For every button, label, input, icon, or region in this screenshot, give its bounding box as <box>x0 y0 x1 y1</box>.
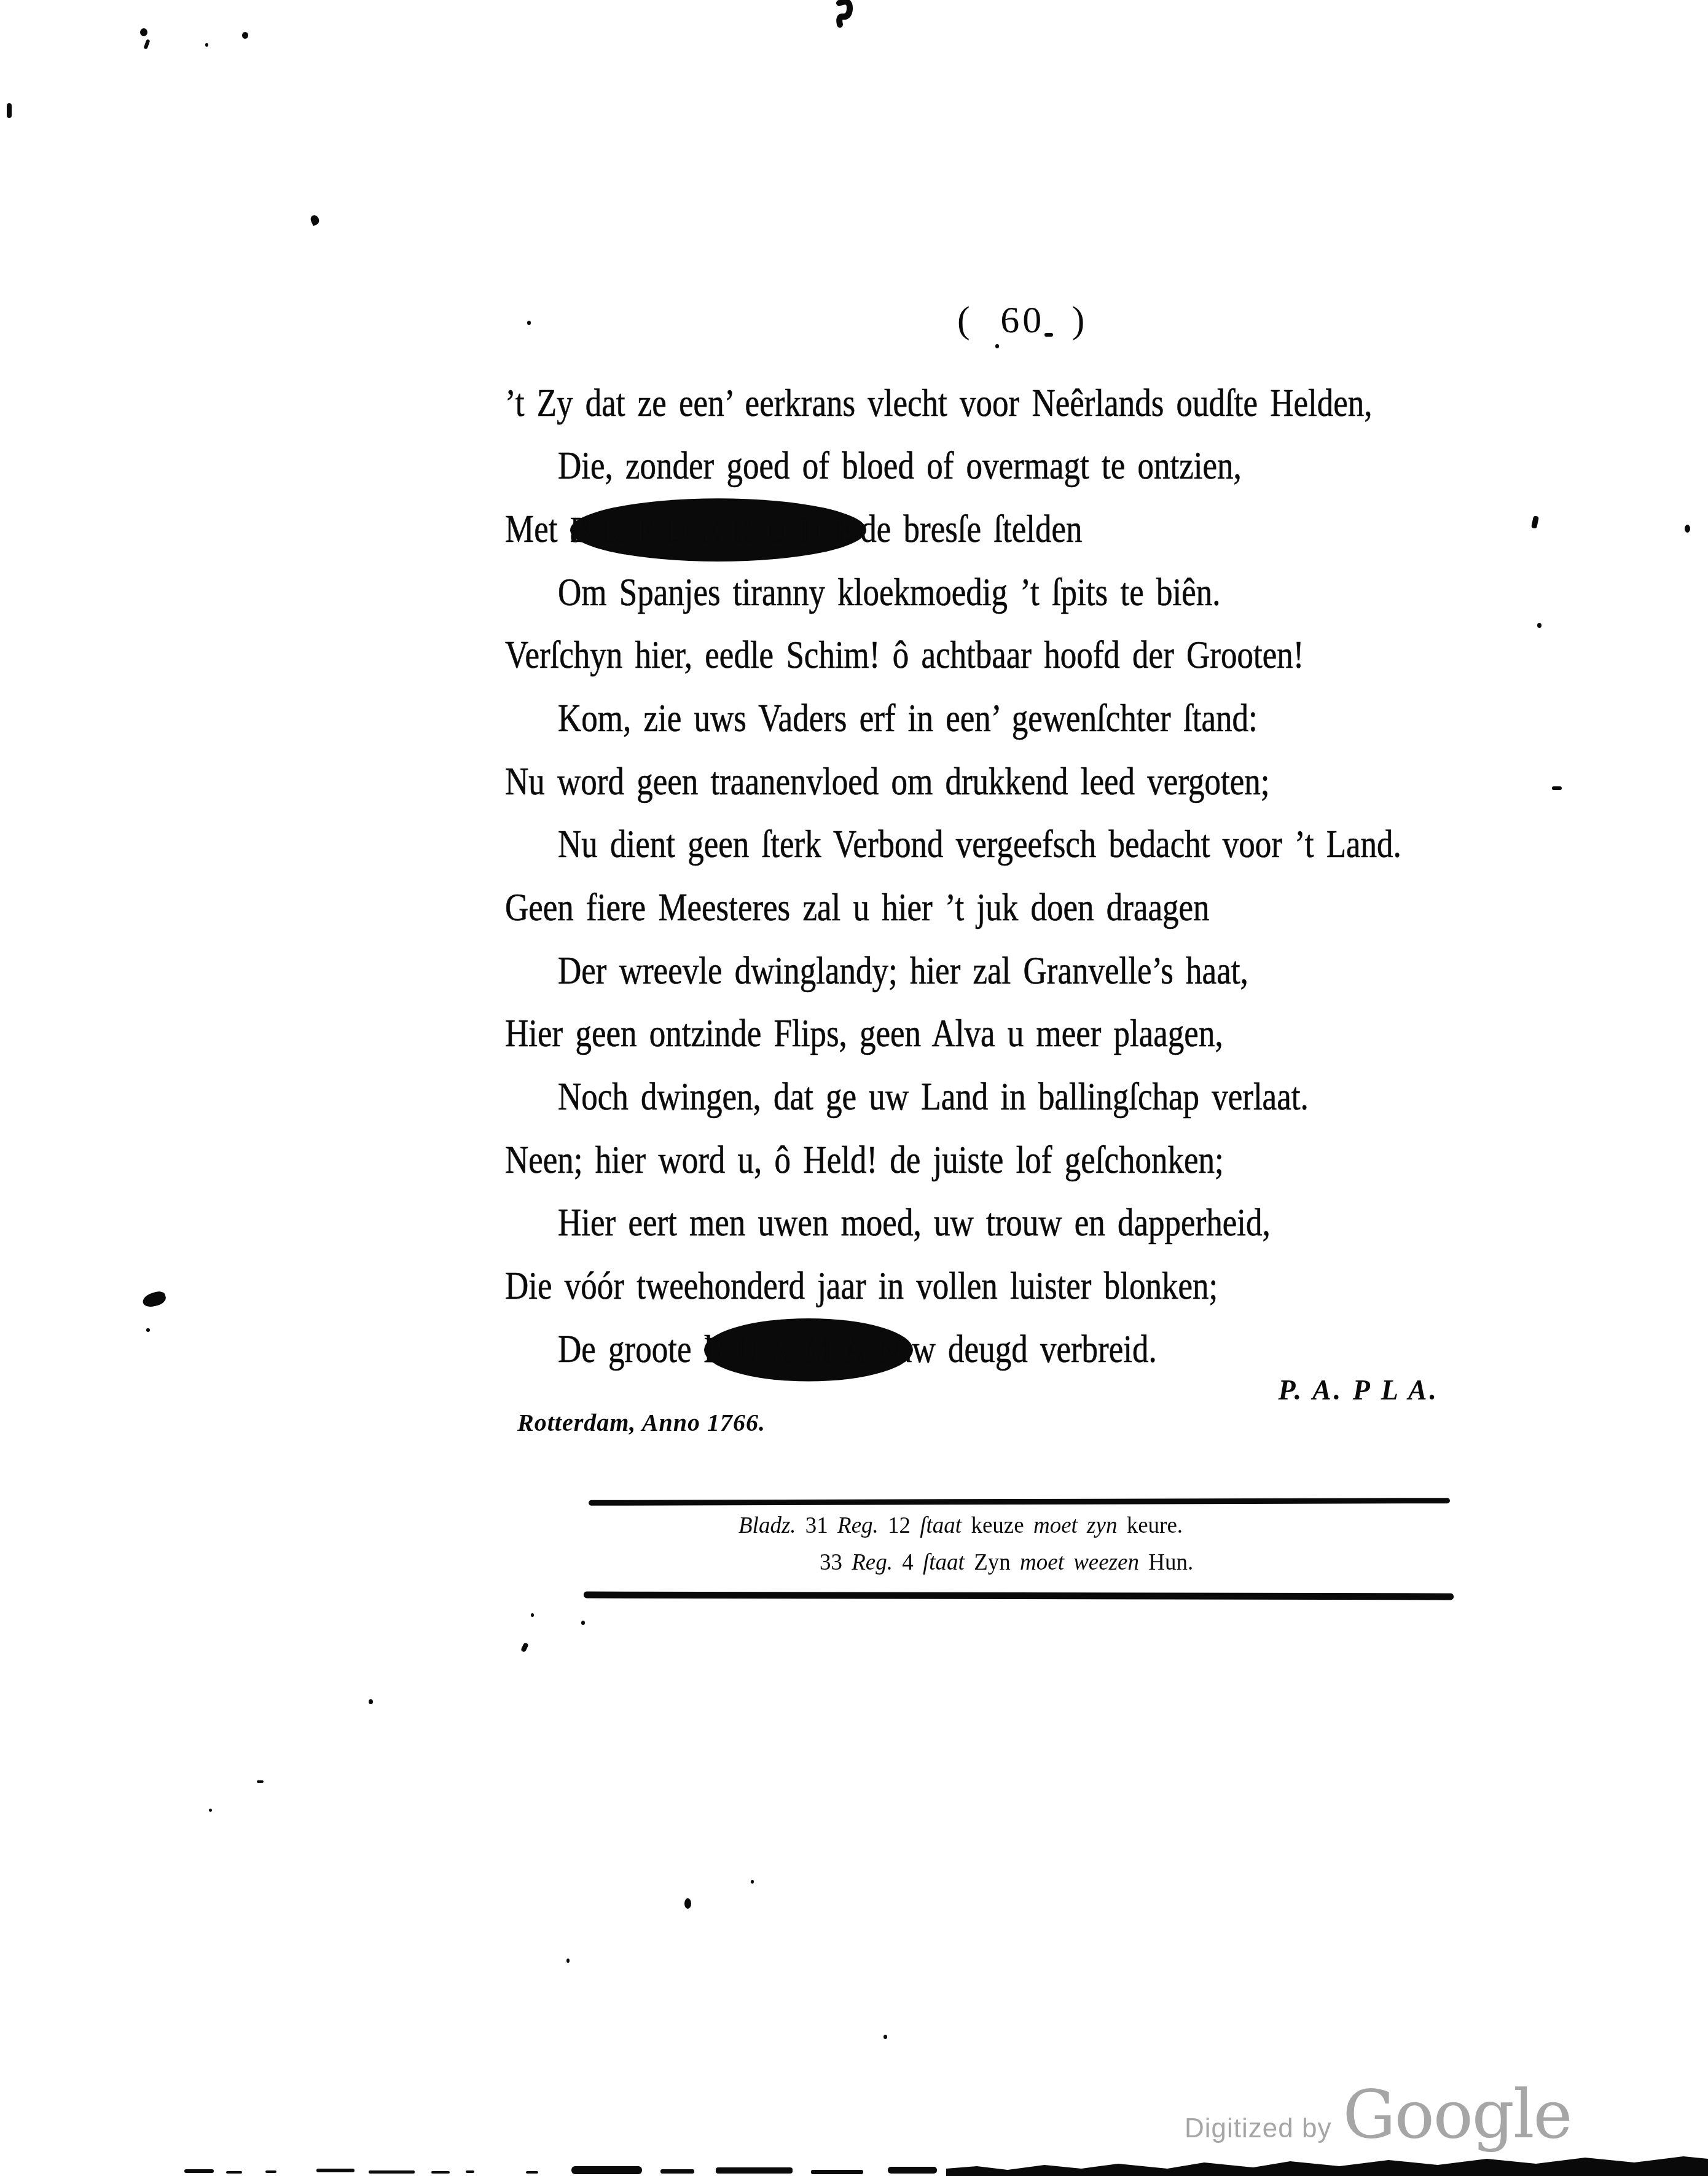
poem-line: Hier geen ontzinde Flips, geen Alva u me… <box>505 1003 1525 1066</box>
text-segment: Reg. <box>837 1513 879 1538</box>
ink-speckle <box>566 1959 570 1963</box>
text-segment: Reg. <box>852 1550 893 1575</box>
ink-speckle <box>684 1898 691 1909</box>
google-watermark: Digitized by Google <box>1185 2076 1571 2153</box>
poem-line: Der wreevle dwinglandy; hier zal Granvel… <box>505 940 1525 1003</box>
ink-speckle <box>531 1613 534 1617</box>
ink-squiggle-icon <box>829 0 866 29</box>
text-segment: Die vóór tweehonderd jaar in vollen luis… <box>505 1266 1218 1307</box>
errata-rule-bottom <box>584 1592 1454 1600</box>
ink-speckle <box>995 344 999 348</box>
poem-line: Verſchyn hier, eedle Schim! ô achtbaar h… <box>505 625 1525 688</box>
text-segment: 12 <box>879 1513 920 1538</box>
poem-line: Hier eert men uwen moed, uw trouw en dap… <box>505 1192 1525 1256</box>
text-segment: Hier eert men uwen moed, uw trouw en dap… <box>558 1202 1271 1244</box>
text-segment: 33 <box>820 1550 852 1575</box>
poem-line: Neen; hier word u, ô Held! de juiste lof… <box>505 1129 1525 1192</box>
ink-speckle <box>1044 333 1053 337</box>
ink-speckle <box>1537 623 1542 628</box>
poem-line: Om Spanjes tiranny kloekmoedig ’t ſpits … <box>505 562 1525 625</box>
torn-paper-edge <box>0 2150 1708 2176</box>
ink-speckle <box>309 214 321 226</box>
poem-line: Nu word geen traanenvloed om drukkend le… <box>505 751 1525 814</box>
text-segment: Zyn <box>965 1550 1020 1575</box>
poem-line: Geen fiere Meesteres zal u hier ’t juk d… <box>505 877 1525 940</box>
ink-speckle <box>581 1621 585 1625</box>
text-segment: Hier geen ontzinde Flips, geen Alva u me… <box>505 1013 1223 1055</box>
text-segment: Bladz. <box>738 1513 796 1538</box>
scanned-book-page: ( 60 ) ’t Zy dat ze een’ eerkrans vlecht… <box>0 0 1708 2176</box>
text-segment: Die, zonder goed of bloed of overmagt te… <box>558 445 1242 487</box>
poem-line: Nu dient geen ſterk Verbond vergeefsch b… <box>505 814 1525 877</box>
poem-line: Met BREDERODE aan ’t hoofd, zich in de b… <box>505 498 1525 562</box>
text-segment: ’t Zy dat ze een’ eerkrans vlecht voor N… <box>505 383 1373 425</box>
ink-speckle <box>146 1328 150 1332</box>
text-segment: ſtaat <box>923 1550 965 1575</box>
text-segment: De groote <box>558 1328 704 1370</box>
ink-speckle <box>1531 515 1539 528</box>
text-segment: 4 <box>893 1550 923 1575</box>
text-segment: ſtaat <box>920 1513 962 1538</box>
digitized-by-text: Digitized by <box>1185 2113 1331 2144</box>
ink-speckle <box>883 2035 887 2039</box>
text-segment: Noch dwingen, dat ge uw Land in ballingſ… <box>558 1076 1309 1118</box>
errata-rule-top <box>589 1498 1450 1506</box>
ink-speckle <box>369 1699 373 1704</box>
text-segment: Om Spanjes tiranny kloekmoedig ’t ſpits … <box>558 572 1220 614</box>
text-segment: Neen; hier word u, ô Held! de juiste lof… <box>505 1139 1224 1181</box>
ink-speckle <box>205 43 208 47</box>
text-segment: Hun. <box>1139 1550 1193 1575</box>
ink-speckle <box>1552 786 1562 790</box>
errata-line-2: 33 Reg. 4 ſtaat Zyn moet weezen Hun. <box>820 1549 1193 1576</box>
poem-line: Die, zonder goed of bloed of overmagt te… <box>505 436 1525 499</box>
poem-line: Die vóór tweehonderd jaar in vollen luis… <box>505 1255 1525 1318</box>
text-segment: BURMAN <box>704 1318 914 1382</box>
ink-speckle <box>143 39 150 49</box>
text-segment: keure. <box>1117 1513 1183 1538</box>
text-segment: Geen fiere Meesteres zal u hier ’t juk d… <box>505 887 1210 929</box>
ink-speckle <box>257 1780 264 1783</box>
ink-speckle <box>209 1809 212 1812</box>
text-segment: Der wreevle dwinglandy; hier zal Granvel… <box>558 950 1248 992</box>
poem: ’t Zy dat ze een’ eerkrans vlecht voor N… <box>505 372 1525 1382</box>
text-segment: Met <box>505 509 570 550</box>
ink-speckle <box>751 1880 754 1884</box>
poem-line: Noch dwingen, dat ge uw Land in ballingſ… <box>505 1066 1525 1129</box>
ink-speckle <box>1685 525 1690 533</box>
text-segment: Verſchyn hier, eedle Schim! ô achtbaar h… <box>505 635 1304 676</box>
text-segment: Kom, zie uws Vaders erf in een’ gewenſch… <box>558 698 1258 740</box>
page-number: ( 60 ) <box>957 299 1087 342</box>
ink-speckle <box>527 321 531 325</box>
poem-line: De groote BURMAN leeft, die nog uw deugd… <box>505 1318 1525 1382</box>
text-segment: keuze <box>962 1513 1033 1538</box>
google-logo: Google <box>1342 2076 1571 2153</box>
text-segment: Nu dient geen ſterk Verbond vergeefsch b… <box>558 824 1401 866</box>
ink-speckle <box>7 103 12 118</box>
text-segment: 31 <box>796 1513 838 1538</box>
poem-line: Kom, zie uws Vaders erf in een’ gewenſch… <box>505 687 1525 751</box>
text-segment: BREDERODE <box>570 498 866 562</box>
place-date-line: Rotterdam, Anno 1766. <box>517 1408 766 1437</box>
poem-line: ’t Zy dat ze een’ eerkrans vlecht voor N… <box>505 372 1525 436</box>
text-segment: moet weezen <box>1020 1550 1139 1575</box>
ink-speckle <box>520 1642 529 1653</box>
author-signature: P. A. P L A. <box>1279 1374 1439 1406</box>
ink-speckle <box>242 32 248 39</box>
ink-speckle <box>140 28 147 36</box>
text-segment: Nu word geen traanenvloed om drukkend le… <box>505 761 1270 802</box>
ink-speckle <box>141 1290 167 1309</box>
errata-line-1: Bladz. 31 Reg. 12 ſtaat keuze moet zyn k… <box>738 1513 1183 1539</box>
text-segment: moet zyn <box>1033 1513 1118 1538</box>
